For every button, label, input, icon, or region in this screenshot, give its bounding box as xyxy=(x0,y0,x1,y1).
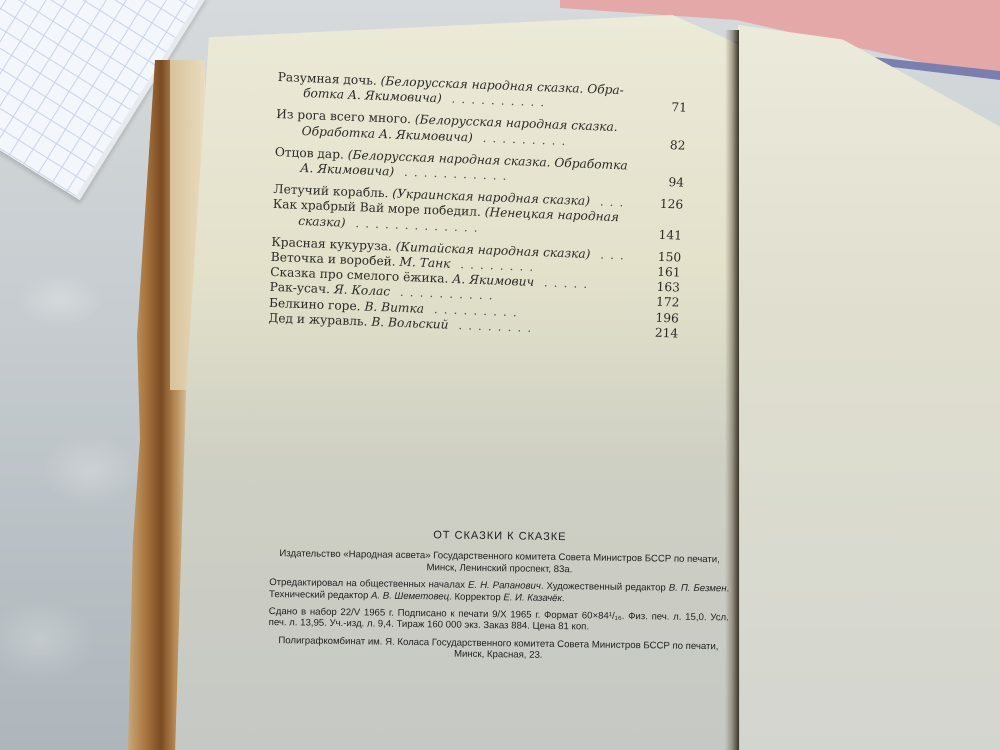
toc-subtitle: М. Танк xyxy=(399,255,450,271)
toc-page-number: 82 xyxy=(655,137,686,153)
corrector-label: . Корректор xyxy=(449,591,503,603)
print-info: Сдано в набор 22/V 1965 г. Подписано к п… xyxy=(269,606,729,635)
toc-page-number: 214 xyxy=(648,325,679,341)
colophon: ОТ СКАЗКИ К СКАЗКЕ Издательство «Народна… xyxy=(268,528,730,670)
toc-page-number: 161 xyxy=(650,264,681,280)
printer-info: Полиграфкомбинат им. Я. Коласа Государст… xyxy=(268,635,728,664)
leader-dots: ... xyxy=(590,247,630,263)
leader-dots: ... xyxy=(590,194,630,210)
toc-page-number: 94 xyxy=(654,175,685,191)
toc-title: Дед и журавль. xyxy=(268,311,371,329)
leader-dots: ........ xyxy=(448,318,537,335)
toc-page-number: 71 xyxy=(657,100,688,116)
right-page-blank xyxy=(738,25,1000,750)
toc-page-number: 126 xyxy=(653,197,684,213)
toc-subtitle: сказка) xyxy=(298,214,346,230)
leader-dots: .......... xyxy=(441,92,550,110)
toc-page-number: 163 xyxy=(650,280,681,296)
leader-dots: ......... xyxy=(472,130,571,148)
art-editor-name: В. П. Безмен xyxy=(669,583,727,595)
toc-title: Отцов дар. xyxy=(275,145,348,162)
toc-title: Рак-усач. xyxy=(269,280,334,296)
editor-name: Е. Н. Рапанович xyxy=(468,580,541,592)
toc-page-number: 150 xyxy=(651,249,682,265)
publisher-info: Издательство «Народная асвета» Государст… xyxy=(269,548,729,577)
toc-subtitle: А. Якимовича) xyxy=(300,161,394,179)
leader-dots: ..... xyxy=(534,275,594,291)
toc-subtitle: А. Якимович xyxy=(452,272,534,289)
tech-editor-name: А. В. Шеметовец xyxy=(371,590,449,602)
toc-title: Разумная дочь. xyxy=(277,70,380,88)
toc-subtitle: В. Вольский xyxy=(371,315,449,332)
toc-page-number: 172 xyxy=(649,295,680,311)
corrector-name: Е. И. Казачёк xyxy=(503,592,562,604)
toc-page-number: 141 xyxy=(652,227,683,243)
table-of-contents: Разумная дочь. (Белорусская народная ска… xyxy=(268,70,688,342)
toc-page-number: 196 xyxy=(648,310,679,326)
toc-subtitle: Я. Колас xyxy=(334,283,391,299)
toc-subtitle: В. Витка xyxy=(364,299,424,315)
editors-info: Отредактировал на общественных началах Е… xyxy=(269,577,729,606)
